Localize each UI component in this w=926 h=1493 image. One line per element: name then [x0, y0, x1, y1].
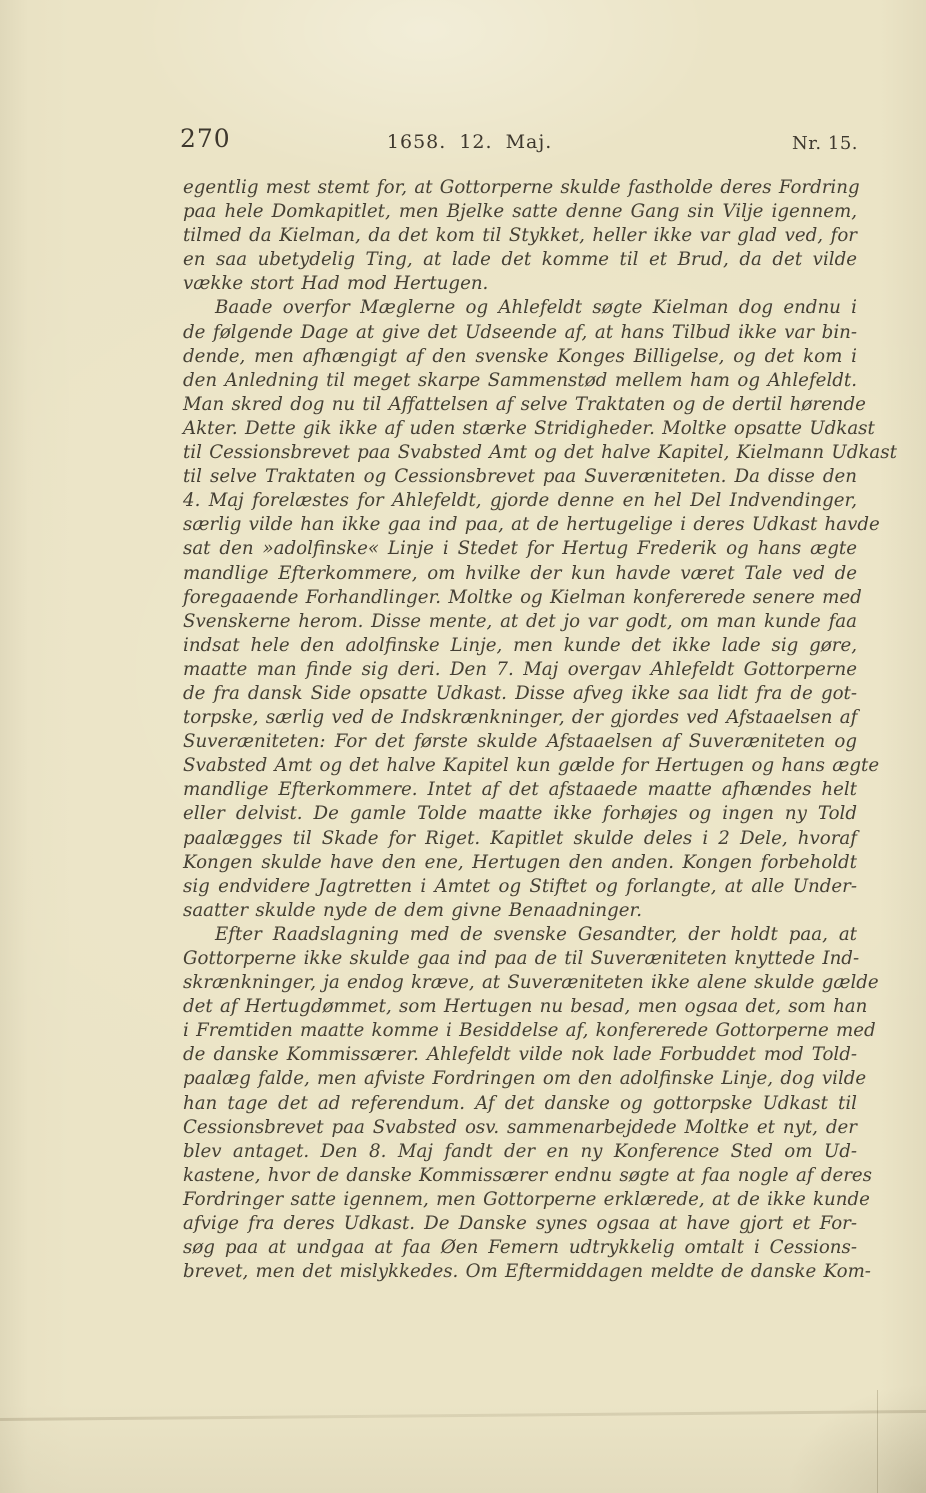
- header-date: 1658. 12. Maj.: [387, 131, 552, 153]
- text-line: maatte man finde sig deri. Den 7. Maj ov…: [183, 658, 857, 682]
- text-line: en saa ubetydelig Ting, at lade det komm…: [183, 248, 857, 272]
- text-line: paalægges til Skade for Riget. Kapitlet …: [183, 827, 857, 851]
- text-line: 4. Maj forelæstes for Ahlefeldt, gjorde …: [183, 489, 857, 513]
- text-line: brevet, men det mislykkedes. Om Eftermid…: [183, 1260, 857, 1284]
- text-line: Fordringer satte igennem, men Gottorpern…: [183, 1188, 857, 1212]
- text-line: de følgende Dage at give det Udseende af…: [183, 321, 857, 345]
- text-line: den Anledning til meget skarpe Sammenstø…: [183, 369, 857, 393]
- page-number: 270: [180, 124, 231, 153]
- text-line: blev antaget. Den 8. Maj fandt der en ny…: [183, 1140, 857, 1164]
- text-line: egentlig mest stemt for, at Gottorperne …: [183, 176, 857, 200]
- page-header: 270 1658. 12. Maj. Nr. 15.: [0, 124, 926, 158]
- corner-shadow: [786, 1383, 926, 1493]
- text-line: Suveræniteten: For det første skulde Afs…: [183, 730, 857, 754]
- text-line: indsat hele den adolfinske Linje, men ku…: [183, 634, 857, 658]
- text-line: Svenskerne herom. Disse mente, at det jo…: [183, 610, 857, 634]
- text-line: Gottorperne ikke skulde gaa ind paa de t…: [183, 947, 857, 971]
- text-line: tilmed da Kielman, da det kom til Stykke…: [183, 224, 857, 248]
- text-line: de fra dansk Side opsatte Udkast. Disse …: [183, 682, 857, 706]
- text-line: skrænkninger, ja endog kræve, at Suveræn…: [183, 971, 857, 995]
- text-line: i Fremtiden maatte komme i Besiddelse af…: [183, 1019, 857, 1043]
- text-line: eller delvist. De gamle Tolde maatte ikk…: [183, 802, 857, 826]
- text-line: Baade overfor Mæglerne og Ahlefeldt søgt…: [183, 296, 857, 320]
- text-line: vække stort Had mod Hertugen.: [183, 272, 857, 296]
- text-line: Kongen skulde have den ene, Hertugen den…: [183, 851, 857, 875]
- text-line: Akter. Dette gik ikke af uden stærke Str…: [183, 417, 857, 441]
- text-line: torpske, særlig ved de Indskrænkninger, …: [183, 706, 857, 730]
- text-line: mandlige Efterkommere, om hvilke der kun…: [183, 562, 857, 586]
- text-line: paa hele Domkapitlet, men Bjelke satte d…: [183, 200, 857, 224]
- text-line: foregaaende Forhandlinger. Moltke og Kie…: [183, 586, 857, 610]
- text-line: sat den »adolfinske« Linje i Stedet for …: [183, 537, 857, 561]
- text-line: saatter skulde nyde de dem givne Benaadn…: [183, 899, 857, 923]
- text-line: dende, men afhængigt af den svenske Kong…: [183, 345, 857, 369]
- header-document-number: Nr. 15.: [792, 133, 858, 154]
- text-line: han tage det ad referendum. Af det dansk…: [183, 1092, 857, 1116]
- scanned-book-page: 270 1658. 12. Maj. Nr. 15. egentlig mest…: [0, 0, 926, 1493]
- text-line: til Cessionsbrevet paa Svabsted Amt og d…: [183, 441, 857, 465]
- text-line: mandlige Efterkommere. Intet af det afst…: [183, 778, 857, 802]
- text-line: særlig vilde han ikke gaa ind paa, at de…: [183, 513, 857, 537]
- text-line: Svabsted Amt og det halve Kapitel kun gæ…: [183, 754, 857, 778]
- text-line: søg paa at undgaa at faa Øen Femern udtr…: [183, 1236, 857, 1260]
- text-line: til selve Traktaten og Cessionsbrevet pa…: [183, 465, 857, 489]
- text-line: Cessionsbrevet paa Svabsted osv. sammena…: [183, 1116, 857, 1140]
- text-line: Man skred dog nu til Affattelsen af selv…: [183, 393, 857, 417]
- text-line: sig endvidere Jagtretten i Amtet og Stif…: [183, 875, 857, 899]
- text-line: de danske Kommissærer. Ahlefeldt vilde n…: [183, 1043, 857, 1067]
- text-line: paalæg falde, men afviste Fordringen om …: [183, 1067, 857, 1091]
- body-text: egentlig mest stemt for, at Gottorperne …: [183, 176, 857, 1284]
- text-line: kastene, hvor de danske Kommissærer endn…: [183, 1164, 857, 1188]
- text-line: Efter Raadslagning med de svenske Gesand…: [183, 923, 857, 947]
- text-line: det af Hertugdømmet, som Hertugen nu bes…: [183, 995, 857, 1019]
- text-line: afvige fra deres Udkast. De Danske synes…: [183, 1212, 857, 1236]
